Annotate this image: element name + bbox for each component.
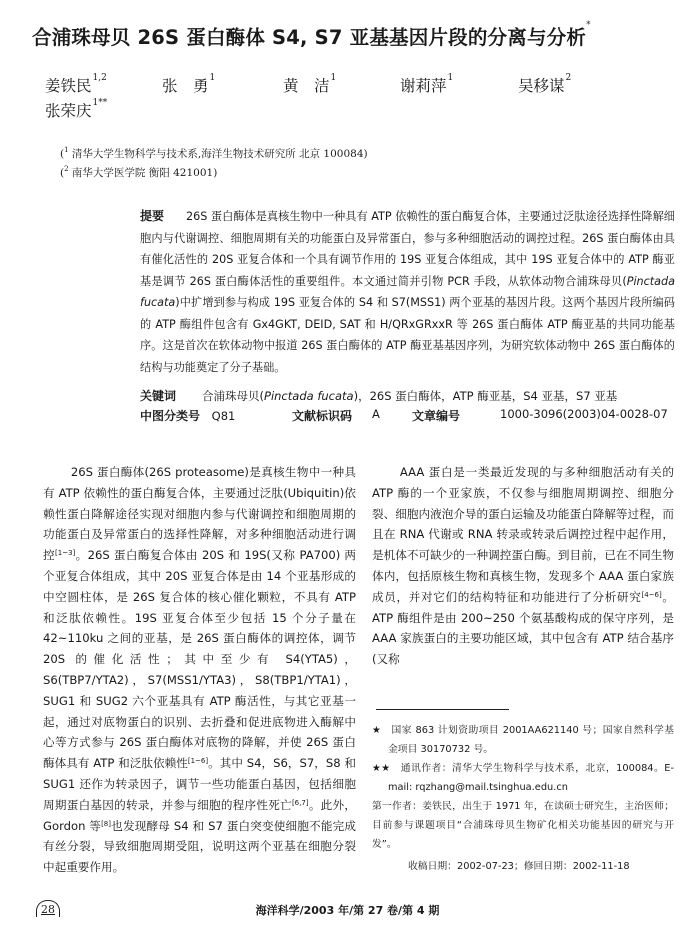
author-affil-mark: 1,2	[93, 73, 107, 83]
author-affil-mark: 1**	[93, 98, 108, 108]
affil-mark: 2	[64, 165, 68, 173]
author: 姜铁民1,2	[45, 74, 107, 96]
abstract: 提要26S 蛋白酶体是真核生物中一种具有 ATP 依赖性的蛋白酶复合体，主要通过…	[140, 206, 675, 378]
abstract-label: 提要	[140, 209, 164, 223]
author-name: 张荣庆	[45, 102, 92, 120]
keywords: 关键词合浦珠母贝(Pinctada fucata)，26S 蛋白酶体，ATP 酶…	[140, 387, 617, 404]
paper-title: 合浦珠母贝 26S 蛋白酶体 S4, S7 亚基基因片段的分离与分析*	[32, 22, 672, 50]
affil-text: 清华大学生物科学与技术系,海洋生物技术研究所 北京 100084	[72, 148, 364, 160]
affiliation: (1 清华大学生物科学与技术系,海洋生物技术研究所 北京 100084)	[60, 146, 368, 161]
author-affil-mark: 2	[566, 73, 572, 83]
article-no-value: 1000-3096(2003)04-0028-07	[500, 407, 668, 421]
abstract-text: 26S 蛋白酶体是真核生物中一种具有 ATP 依赖性的蛋白酶复合体，主要通过泛肽…	[140, 210, 675, 288]
doc-code-label: 文献标识码	[292, 407, 352, 424]
author-name: 吴移谋	[518, 77, 565, 95]
author-affil-mark: 1	[448, 73, 454, 83]
body-paragraph: 26S 蛋白酶体(26S proteasome)是真核生物中一种具有 ATP 依…	[43, 462, 356, 878]
received-date: 收稿日期：2002-07-23；修回日期：2002-11-18	[372, 857, 674, 876]
author-affil-mark: 1	[331, 73, 337, 83]
citation: [4~6]	[642, 591, 662, 599]
keywords-text-cont: )，26S 蛋白酶体，ATP 酶亚基，S4 亚基，S7 亚基	[354, 389, 618, 403]
affiliation: (2 南华大学医学院 衡阳 421001)	[60, 165, 217, 180]
article-no-label: 文章编号	[412, 407, 460, 424]
affil-text: 南华大学医学院 衡阳 421001	[72, 167, 213, 179]
body-column-right: AAA 蛋白是一类最近发现的与多种细胞活动有关的 ATP 酶的一个亚家族，不仅参…	[372, 462, 674, 670]
title-text: 合浦珠母贝 26S 蛋白酶体 S4, S7 亚基基因片段的分离与分析	[32, 26, 586, 49]
corresponding-author-footnote: ★★ 通讯作者：清华大学生物科学与技术系，北京，100084。E-mail: r…	[372, 759, 674, 797]
keywords-label: 关键词	[140, 389, 176, 403]
author: 张 勇1	[162, 74, 215, 96]
author: 黄 洁1	[283, 74, 336, 96]
citation: [8]	[101, 820, 111, 828]
keywords-text: 合浦珠母贝(	[202, 389, 264, 403]
classification-line: 中图分类号 Q81 文献标识码 A 文章编号 1000-3096(2003)04…	[140, 407, 680, 424]
author: 谢莉萍1	[400, 74, 453, 96]
author: 张荣庆1**	[45, 99, 107, 121]
author-affil-mark: 1	[210, 73, 216, 83]
body-column-left: 26S 蛋白酶体(26S proteasome)是真核生物中一种具有 ATP 依…	[43, 462, 356, 878]
citation: [6,7]	[292, 799, 309, 807]
body-text: 。26S 蛋白酶复合体由 20S 和 19S(又称 PA700) 两个亚复合体组…	[43, 548, 356, 770]
author-name: 张 勇	[162, 77, 209, 95]
clc-value: Q81	[212, 409, 236, 423]
doc-code-value: A	[372, 407, 380, 421]
author-name: 黄 洁	[283, 77, 330, 95]
author: 吴移谋2	[518, 74, 571, 96]
first-author-footnote: 第一作者：姜铁民，出生于 1971 年，在读硕士研究生，主治医师；目前参与课题项…	[372, 797, 674, 854]
journal-footer: 海洋科学/2003 年/第 27 卷/第 4 期	[0, 902, 695, 918]
abstract-text-cont: )中扩增到参与构成 19S 亚复合体的 S4 和 S7(MSS1) 两个亚基的基…	[140, 296, 675, 374]
clc-label: 中图分类号	[140, 409, 200, 423]
affil-mark: 1	[64, 146, 68, 154]
funding-footnote: ★ 国家 863 计划资助项目 2001AA621140 号；国家自然科学基金项…	[372, 721, 674, 759]
footnote-divider	[376, 709, 509, 710]
species-name: Pinctada fucata	[264, 389, 354, 403]
author-name: 谢莉萍	[400, 77, 447, 95]
body-paragraph: AAA 蛋白是一类最近发现的与多种细胞活动有关的 ATP 酶的一个亚家族，不仅参…	[372, 462, 674, 670]
author-name: 姜铁民	[45, 77, 92, 95]
body-text: AAA 蛋白是一类最近发现的与多种细胞活动有关的 ATP 酶的一个亚家族，不仅参…	[372, 465, 674, 604]
citation: [1~3]	[55, 549, 75, 557]
footnotes: ★ 国家 863 计划资助项目 2001AA621140 号；国家自然科学基金项…	[372, 721, 674, 876]
title-footnote-mark: *	[586, 20, 591, 30]
citation: [1~6]	[188, 757, 208, 765]
